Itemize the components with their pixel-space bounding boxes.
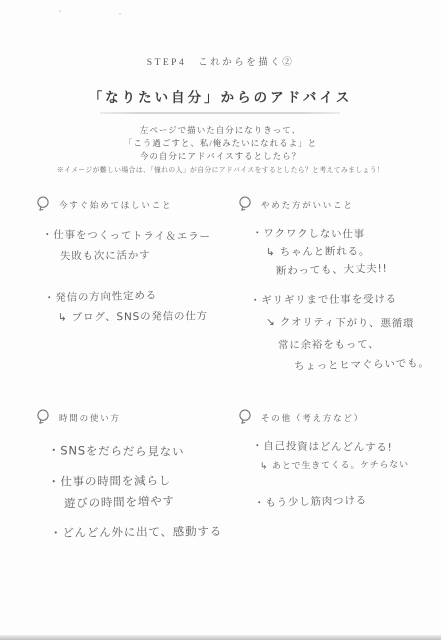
handwritten-line: ・ワクワクしない仕事 — [252, 225, 365, 241]
scan-speck — [119, 13, 121, 15]
handwritten-line: ↘ クオリティ下がり、悪循環 — [266, 314, 414, 331]
lightbulb-icon — [238, 409, 252, 426]
instruction-line: 「こう過ごすと、私/俺みたいになれるよ」と — [0, 137, 441, 150]
section-start-now: 今すぐ始めてほしいこと ・仕事をつくってトライ＆エラー 失敗も次に活かす ・発信… — [36, 196, 226, 346]
lightbulb-icon — [36, 409, 50, 426]
section-label: 今すぐ始めてほしいこと — [59, 199, 172, 211]
section-header: 時間の使い方 — [36, 409, 231, 426]
handwritten-line: ・SNSをだらだら見ない — [48, 442, 184, 460]
section-label: やめた方がいいこと — [261, 199, 354, 211]
page-title: 「なりたい自分」からのアドバイス — [0, 86, 441, 106]
section-header: やめた方がいいこと — [238, 196, 438, 213]
scan-edge — [0, 635, 441, 640]
section-label: 時間の使い方 — [59, 412, 121, 424]
section-other: その他（考え方など） ・自己投資はどんどんする! ↳ あとで生きてくる。ケチらな… — [238, 409, 438, 529]
hint-note: ※イメージが難しい場合は、「憧れの人」が自分にアドバイスをするとしたら？と考えて… — [0, 164, 441, 174]
handwritten-line: 失敗も次に活かす — [60, 248, 151, 264]
section-label: その他（考え方など） — [261, 412, 364, 424]
handwritten-line: ↳ ブログ、SNSの発信の仕方 — [58, 308, 208, 325]
lightbulb-icon — [36, 196, 50, 213]
handwritten-line: ・もう少し筋肉つける — [254, 493, 367, 511]
handwritten-line: ちょっとヒマぐらいでも。 — [294, 355, 430, 373]
handwritten-line: 常に余裕をもって、 — [278, 336, 380, 352]
scan-speck — [59, 10, 61, 12]
section-header: その他（考え方など） — [238, 409, 438, 426]
instruction-line: 今の自分にアドバイスするとしたら？ — [0, 150, 441, 163]
handwritten-line: ・仕事の時間を減らし — [48, 472, 171, 489]
handwritten-line: 遊びの時間を増やす — [64, 493, 175, 512]
instructions: 左ページで描いた自分になりきって、 「こう過ごすと、私/俺みたいになれるよ」と … — [0, 124, 441, 164]
title-underline — [100, 112, 340, 114]
handwritten-line: ・ギリギリまで仕事を受ける — [250, 291, 397, 308]
lightbulb-icon — [238, 196, 252, 213]
handwritten-line: ・発信の方向性定める — [44, 288, 157, 306]
handwritten-line: 断わっても、大丈夫!! — [276, 261, 388, 279]
handwritten-line: ↳ ちゃんと断れる。 — [266, 243, 370, 259]
handwritten-line: ・どんどん外に出て、感動する — [50, 523, 222, 541]
instruction-line: 左ページで描いた自分になりきって、 — [0, 124, 441, 137]
step-label: STEP4 これからを描く② — [0, 54, 441, 68]
section-time-use: 時間の使い方 ・SNSをだらだら見ない ・仕事の時間を減らし 遊びの時間を増やす… — [36, 409, 231, 554]
worksheet-page: STEP4 これからを描く② 「なりたい自分」からのアドバイス 左ページで描いた… — [0, 0, 441, 640]
section-stop-doing: やめた方がいいこと ・ワクワクしない仕事 ↳ ちゃんと断れる。 断わっても、大丈… — [238, 196, 438, 381]
handwritten-line: ・自己投資はどんどんする! — [252, 438, 393, 455]
handwritten-line: ↳ あとで生きてくる。ケチらない — [260, 457, 409, 472]
section-header: 今すぐ始めてほしいこと — [36, 196, 226, 213]
handwritten-line: ・仕事をつくってトライ＆エラー — [42, 227, 211, 244]
